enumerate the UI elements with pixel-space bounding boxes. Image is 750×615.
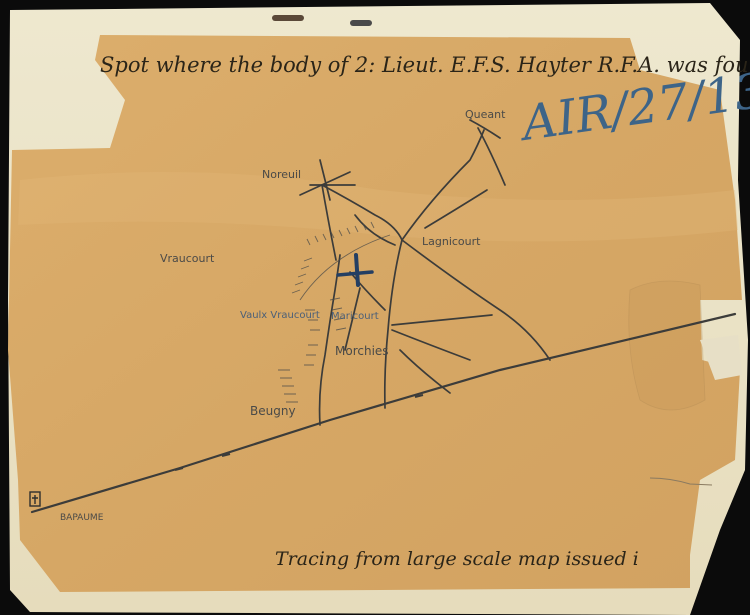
label-vaulx-vraucourt: Vaulx Vraucourt: [240, 310, 320, 321]
label-queant: Queant: [465, 108, 506, 121]
scanned-map-document: Spot where the body of 2: Lieut. E.F.S. …: [0, 0, 750, 615]
footer-annotation: Tracing from large scale map issued i: [275, 548, 639, 570]
label-lagnicourt: Lagnicourt: [422, 235, 481, 248]
label-morchies: Morchies: [335, 344, 389, 358]
pin-mark: [272, 15, 304, 21]
header-annotation: Spot where the body of 2: Lieut. E.F.S. …: [100, 53, 750, 77]
label-bapaume: BAPAUME: [60, 513, 104, 523]
pin-mark: [350, 20, 372, 26]
paper-stain: [629, 281, 705, 410]
label-noreuil: Noreuil: [262, 168, 301, 181]
label-maricourt: Maricourt: [331, 311, 379, 322]
label-beugny: Beugny: [250, 404, 296, 418]
label-vraucourt: Vraucourt: [160, 252, 215, 265]
